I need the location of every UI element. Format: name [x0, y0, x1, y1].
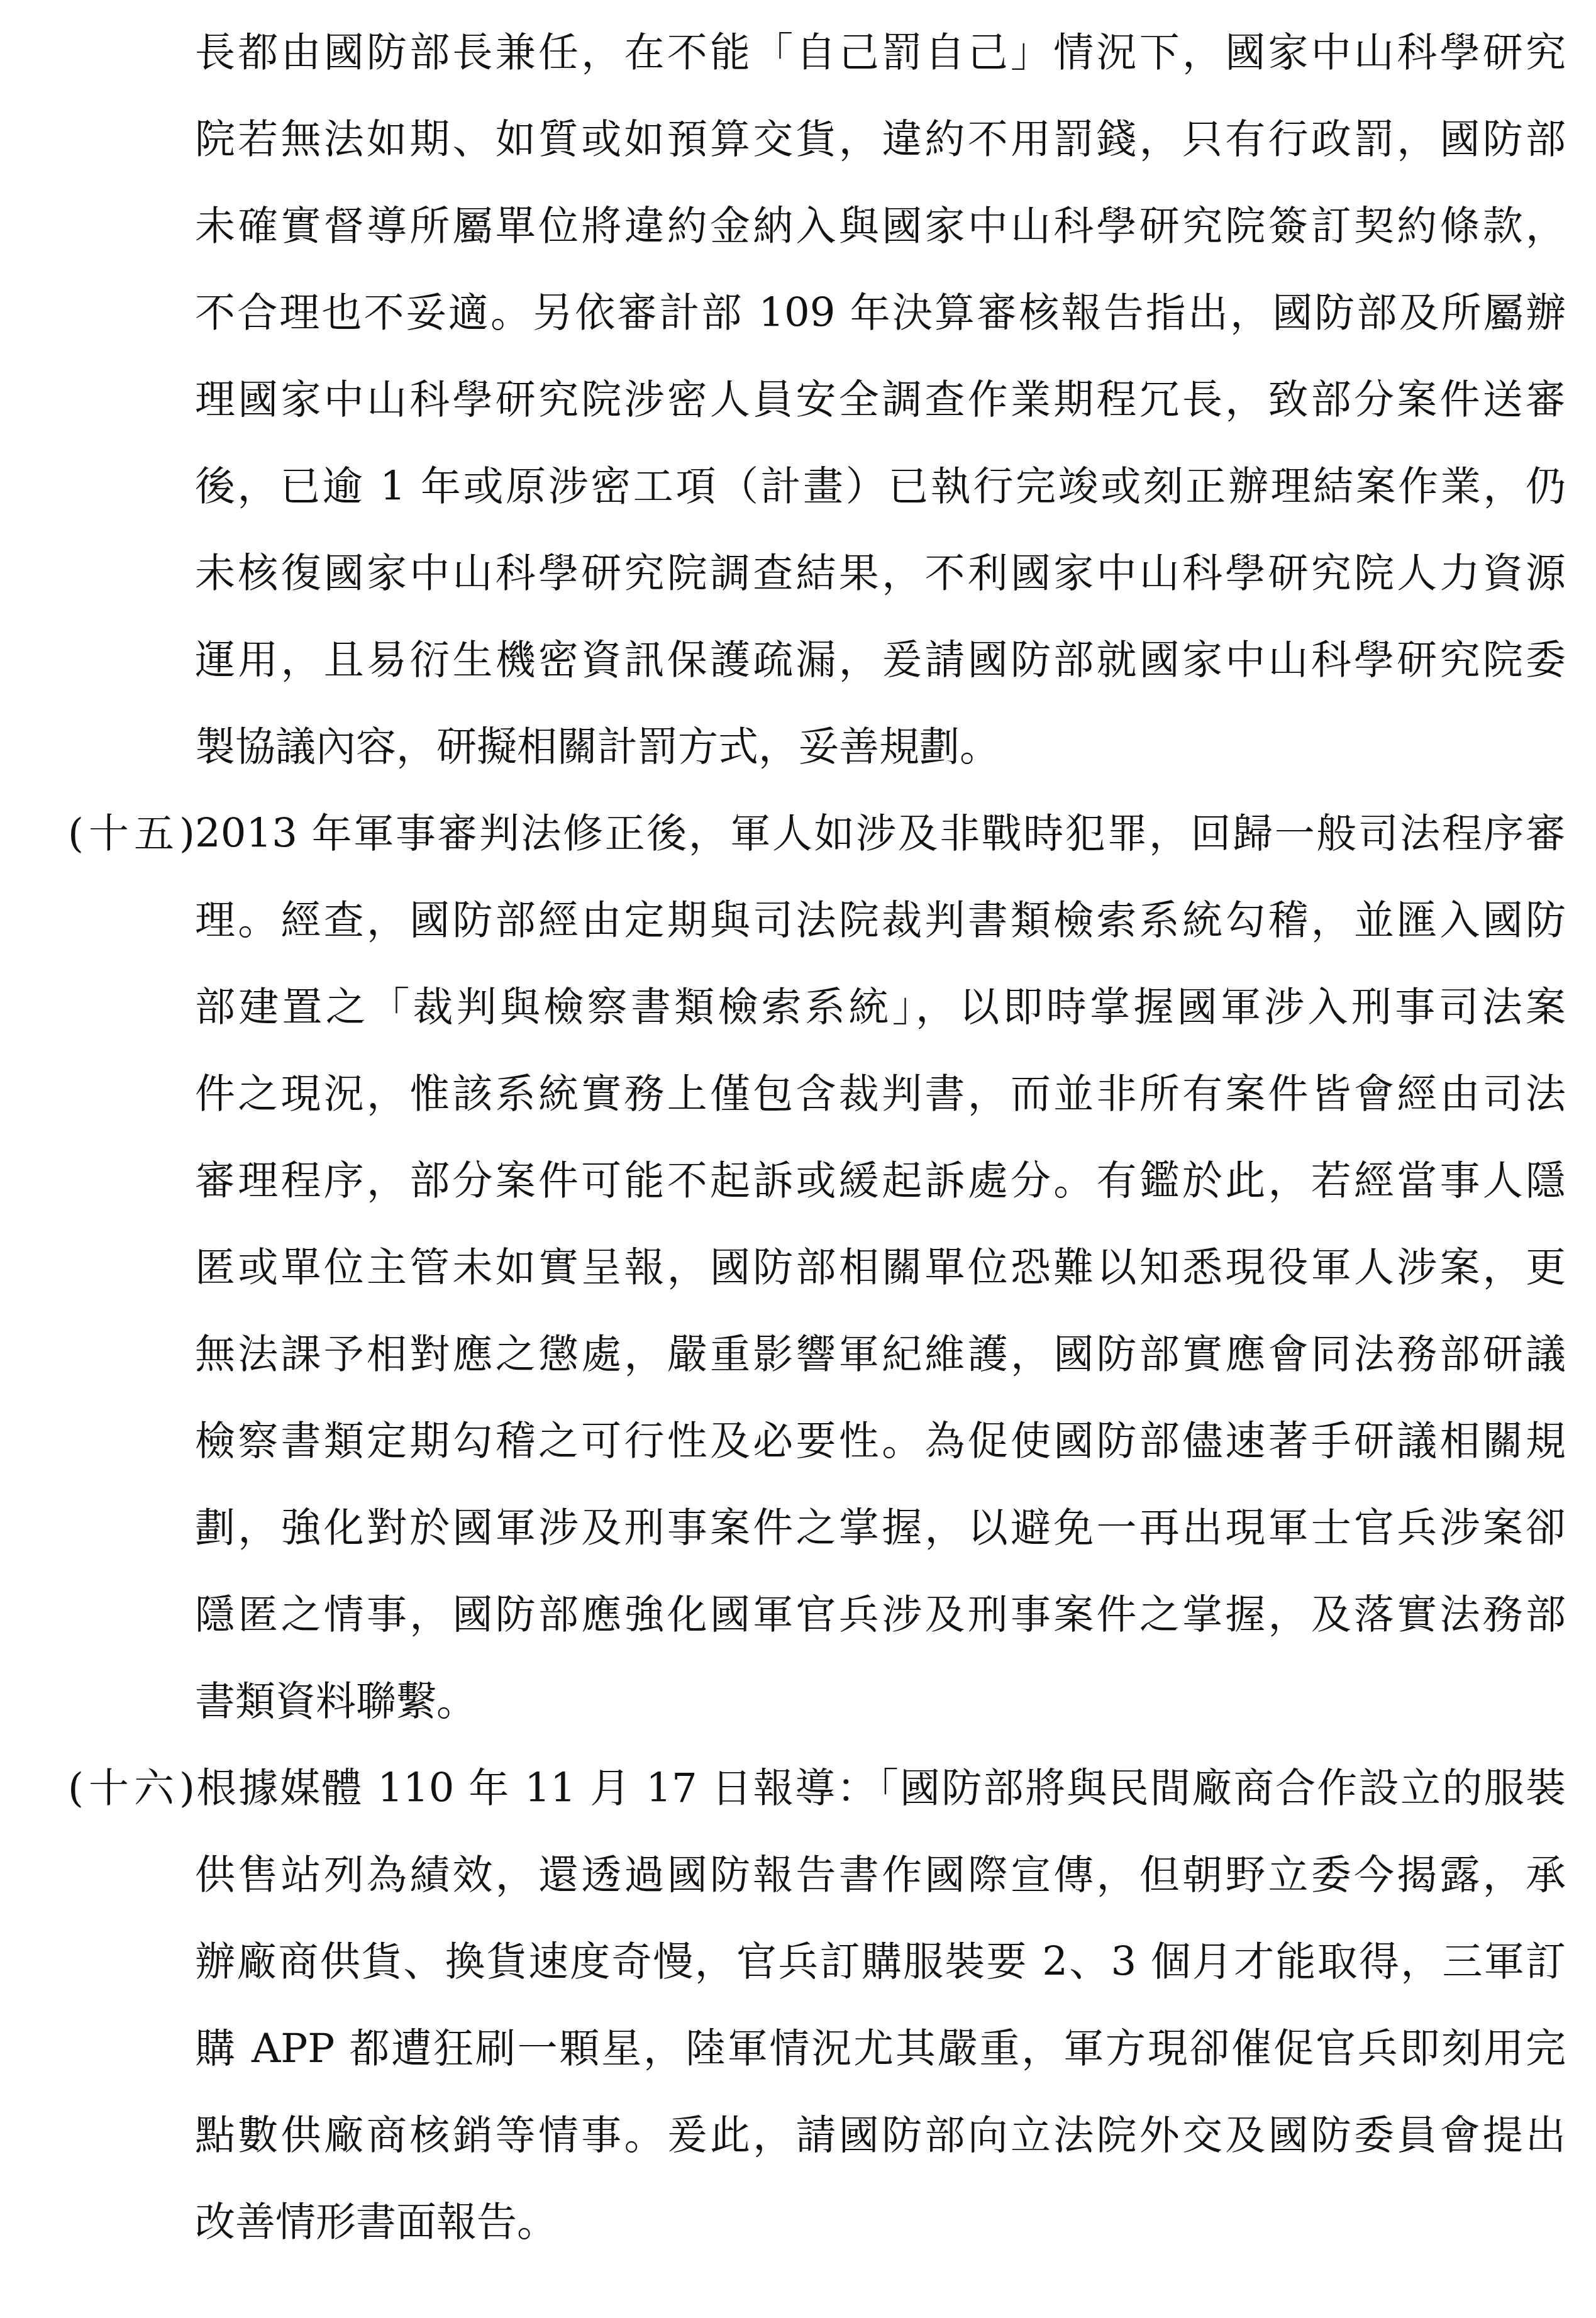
item-label: (十六) [68, 1763, 195, 1814]
text-line: 隱匿之情事，國防部應強化國軍官兵涉及刑事案件之掌握，及落實法務部 [195, 1590, 1566, 1640]
text-line-with-label: (十五)2013 年軍事審判法修正後，軍人如涉及非戰時犯罪，回歸一般司法程序審 [68, 809, 1566, 859]
text-line: 根據媒體 110 年 11 月 17 日報導：「國防部將與民間廠商合作設立的服裝 [195, 1765, 1566, 1812]
text-line: 辦廠商供貨、換貨速度奇慢，官兵訂購服裝要 2、3 個月才能取得，三軍訂 [195, 1937, 1566, 1987]
text-line: 改善情形書面報告。 [195, 2197, 1566, 2248]
text-line: 件之現況，惟該系統實務上僅包含裁判書，而並非所有案件皆會經由司法 [195, 1069, 1566, 1119]
text-line: 購 APP 都遭狂刷一顆星，陸軍情況尤其嚴重，軍方現卻催促官兵即刻用完 [195, 2024, 1566, 2074]
text-line: 長都由國防部長兼任，在不能「自己罰自己」情況下，國家中山科學研究 [195, 28, 1566, 78]
item-label: (十五) [68, 809, 195, 859]
text-line: 書類資料聯繫。 [195, 1677, 1566, 1727]
text-line: 點數供廠商核銷等情事。爰此，請國防部向立法院外交及國防委員會提出 [195, 2110, 1566, 2161]
text-line: 劃，強化對於國軍涉及刑事案件之掌握，以避免一再出現軍士官兵涉案卻 [195, 1503, 1566, 1553]
text-line: 後，已逾 1 年或原涉密工項（計畫）已執行完竣或刻正辦理結案作業，仍 [195, 462, 1566, 512]
text-line: 供售站列為績效，還透過國防報告書作國際宣傳，但朝野立委今揭露，承 [195, 1850, 1566, 1900]
text-line: 未確實督導所屬單位將違約金納入與國家中山科學研究院簽訂契約條款， [195, 201, 1566, 252]
text-line: 部建置之「裁判與檢察書類檢索系統」，以即時掌握國軍涉入刑事司法案 [195, 982, 1566, 1033]
text-line: 院若無法如期、如質或如預算交貨，違約不用罰錢，只有行政罰，國防部 [195, 114, 1566, 165]
text-line-with-label: (十六)根據媒體 110 年 11 月 17 日報導：「國防部將與民間廠商合作設… [68, 1763, 1566, 1814]
text-line: 運用，且易衍生機密資訊保護疏漏，爰請國防部就國家中山科學研究院委 [195, 635, 1566, 685]
text-line: 匿或單位主管未如實呈報，國防部相關單位恐難以知悉現役軍人涉案，更 [195, 1243, 1566, 1293]
text-line: 2013 年軍事審判法修正後，軍人如涉及非戰時犯罪，回歸一般司法程序審 [195, 811, 1566, 857]
text-line: 檢察書類定期勾稽之可行性及必要性。為促使國防部儘速著手研議相關規 [195, 1416, 1566, 1467]
text-line: 理國家中山科學研究院涉密人員安全調查作業期程冗長，致部分案件送審 [195, 375, 1566, 425]
text-line: 不合理也不妥適。另依審計部 109 年決算審核報告指出，國防部及所屬辦 [195, 288, 1566, 338]
text-line: 製協議內容，研擬相關計罰方式，妥善規劃。 [195, 722, 1566, 772]
document-page: 長都由國防部長兼任，在不能「自己罰自己」情況下，國家中山科學研究 院若無法如期、… [0, 0, 1596, 2318]
text-line: 審理程序，部分案件可能不起訴或緩起訴處分。有鑑於此，若經當事人隱 [195, 1156, 1566, 1206]
text-line: 未核復國家中山科學研究院調查結果，不利國家中山科學研究院人力資源 [195, 548, 1566, 599]
text-line: 無法課予相對應之懲處，嚴重影響軍紀維護，國防部實應會同法務部研議 [195, 1329, 1566, 1380]
text-line: 理。經查，國防部經由定期與司法院裁判書類檢索系統勾稽，並匯入國防 [195, 896, 1566, 946]
